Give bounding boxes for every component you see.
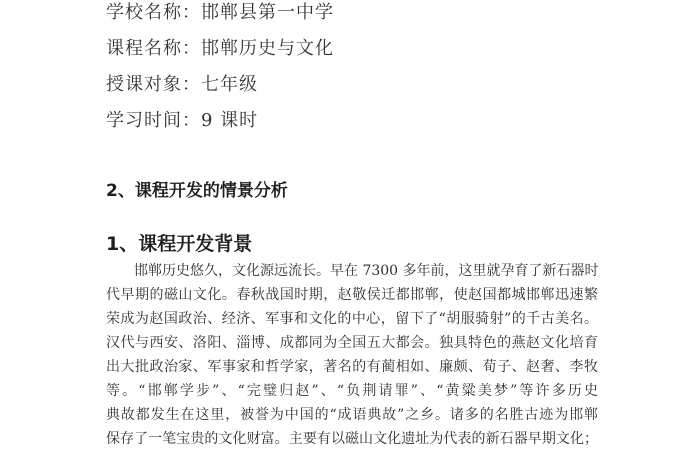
paragraph-line: 荣成为赵国政治、经济、军事和文化的中心，留下了“胡服骑射”的千古美名。 xyxy=(106,307,598,331)
study-hours: 学习时间：9 课时 xyxy=(106,110,258,132)
subsection-heading: 1、课程开发背景 xyxy=(106,229,252,256)
paragraph-line: 保存了一笔宝贵的文化财富。主要有以磁山文化遗址为代表的新石器早期文化； xyxy=(106,427,598,451)
paragraph-line: 邯郸历史悠久，文化源远流长。早在 7300 多年前，这里就孕育了新石器时 xyxy=(106,259,598,283)
school-name: 学校名称：邯郸县第一中学 xyxy=(106,2,334,24)
paragraph-line: 出大批政治家、军事家和哲学家，著名的有蔺相如、廉颇、荀子、赵奢、李牧 xyxy=(106,355,598,379)
paragraph-line: 代早期的磁山文化。春秋战国时期，赵敬侯迁都邯郸，使赵国都城邯郸迅速繁 xyxy=(106,283,598,307)
background-paragraph: 邯郸历史悠久，文化源远流长。早在 7300 多年前，这里就孕育了新石器时 代早期… xyxy=(106,259,598,451)
target-audience: 授课对象：七年级 xyxy=(106,74,258,96)
paragraph-line: 等。“邯郸学步”、“完璧归赵”、“负荆请罪”、“黄粱美梦”等许多历史 xyxy=(106,379,598,403)
paragraph-line: 典故都发生在这里，被誉为中国的“成语典故”之乡。诸多的名胜古迹为邯郸 xyxy=(106,403,598,427)
course-name: 课程名称：邯郸历史与文化 xyxy=(106,38,334,60)
paragraph-line: 汉代与西安、洛阳、淄博、成都同为全国五大都会。独具特色的燕赵文化培育 xyxy=(106,331,598,355)
section-heading: 2、课程开发的情景分析 xyxy=(106,176,288,201)
